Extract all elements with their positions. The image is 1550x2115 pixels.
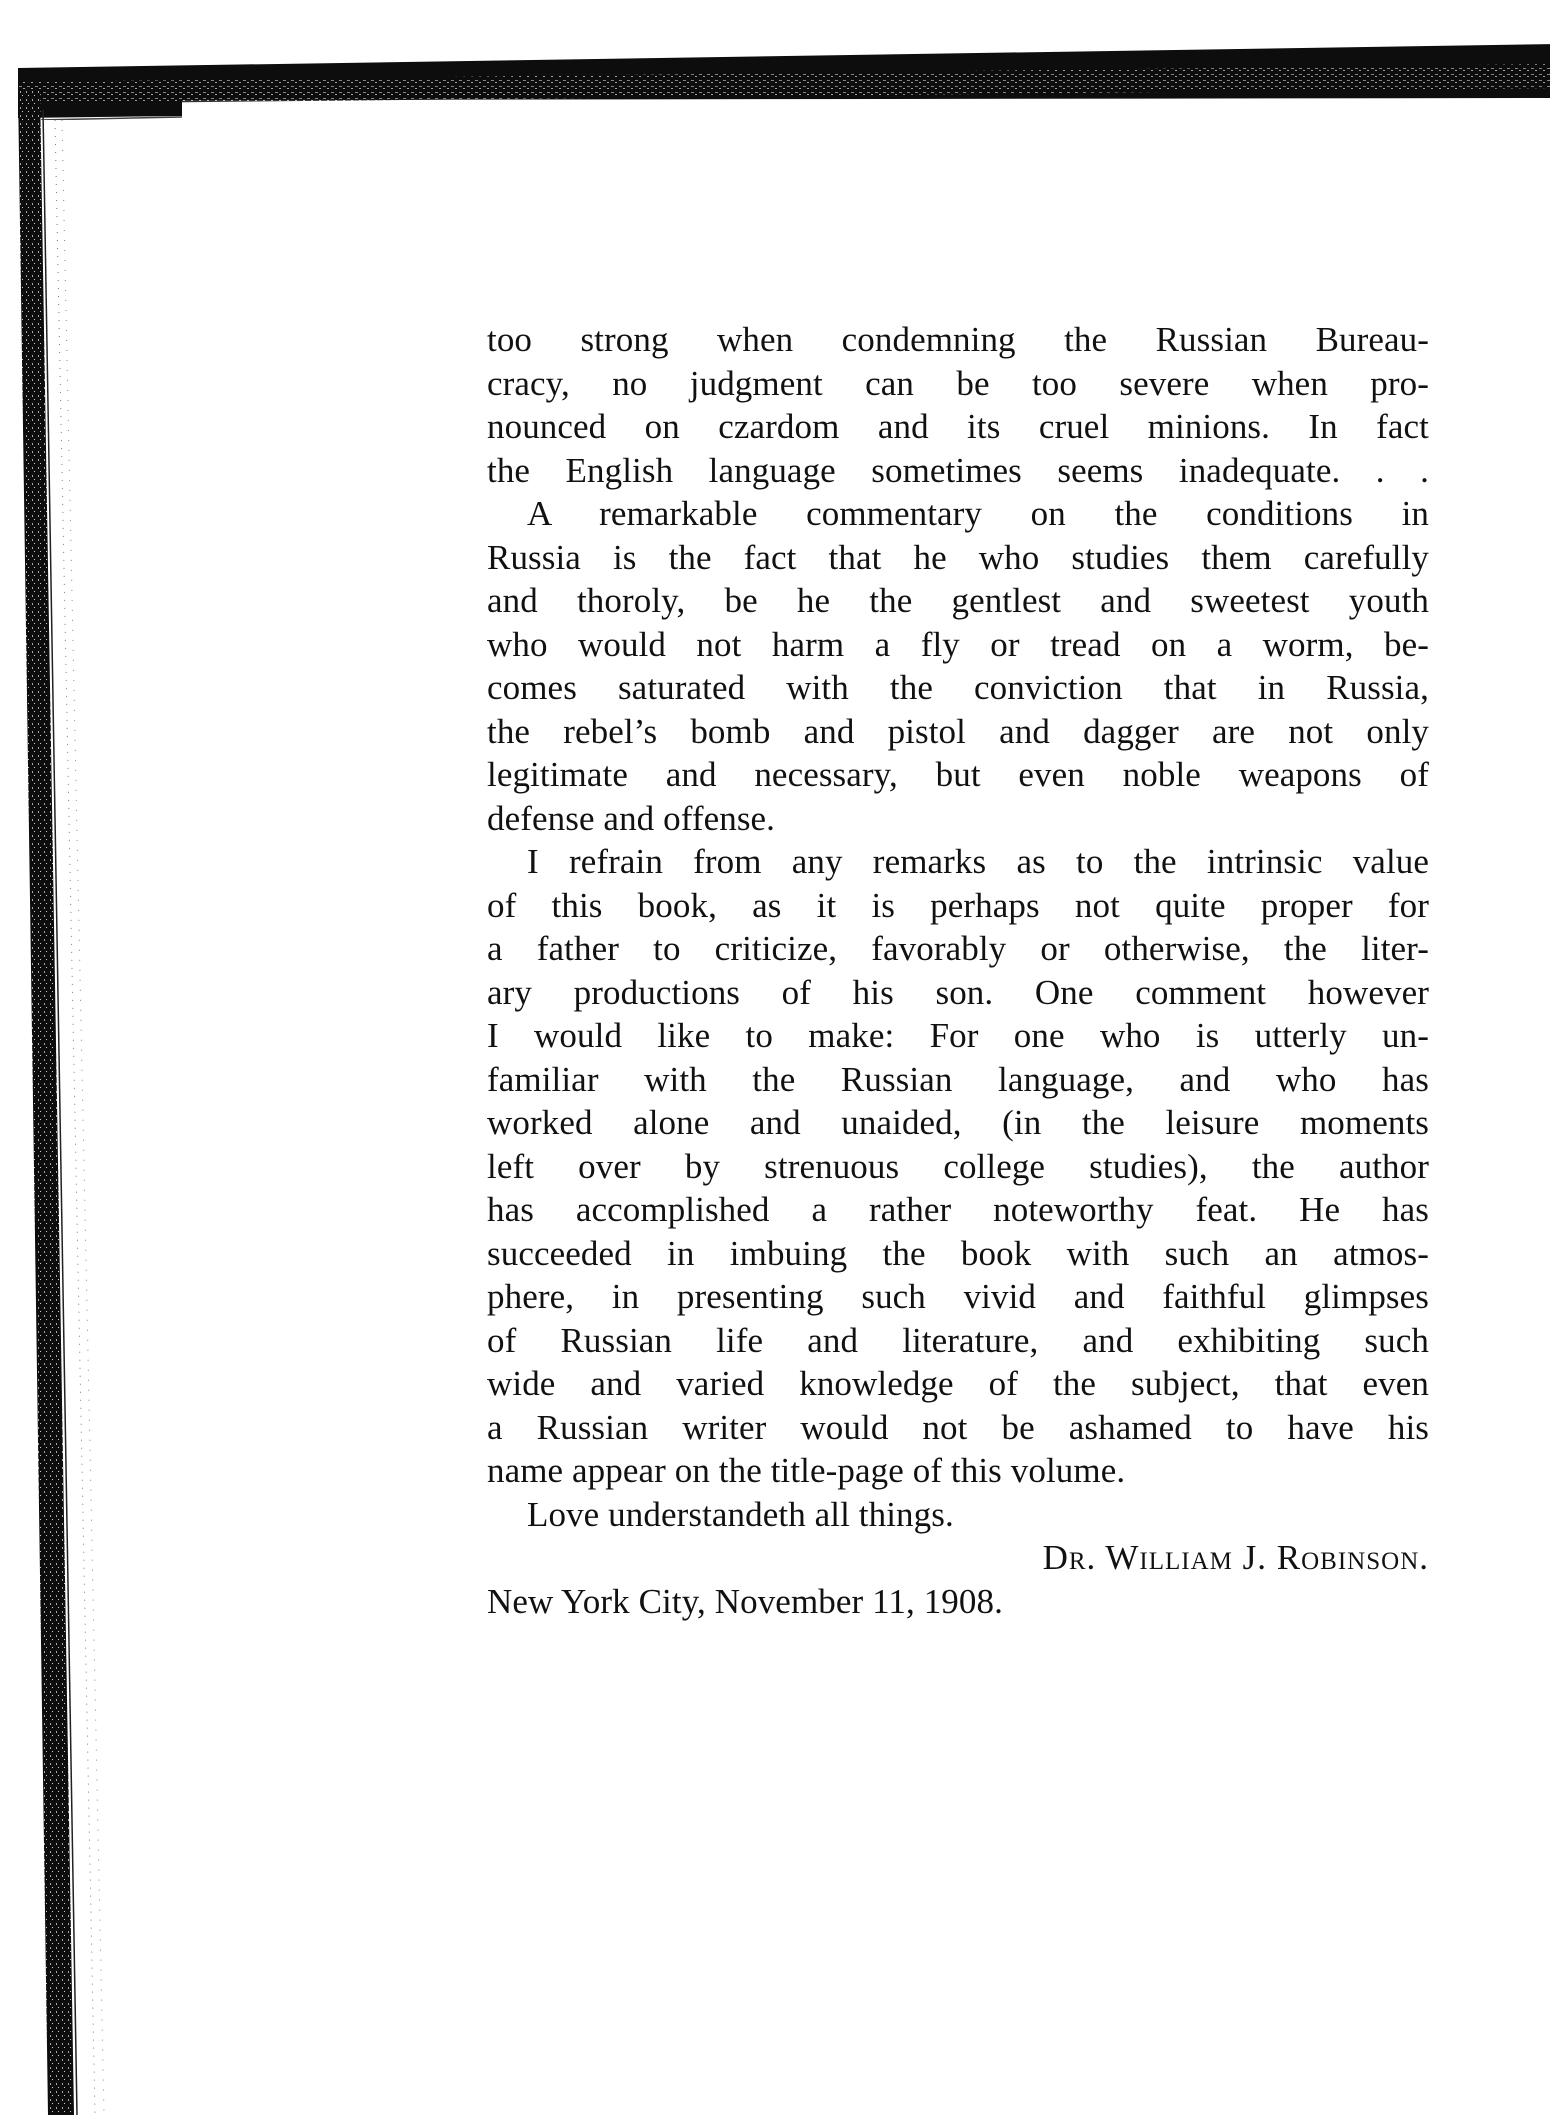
text-line: succeeded in imbuing the book with such … [487, 1232, 1429, 1276]
text-line: comes saturated with the conviction that… [487, 666, 1429, 710]
paragraph-2: A remarkable commentary on the condition… [487, 492, 1429, 840]
text-line: a Russian writer would not be ashamed to… [487, 1406, 1429, 1450]
text-line: the rebel’s bomb and pistol and dagger a… [487, 710, 1429, 754]
text-line: of this book, as it is perhaps not quite… [487, 884, 1429, 928]
text-line: too strong when condemning the Russian B… [487, 318, 1429, 362]
signature: Dr. William J. Robinson. [487, 1536, 1429, 1580]
text-line: and thoroly, be he the gentlest and swee… [487, 579, 1429, 623]
text-line: I would like to make: For one who is utt… [487, 1014, 1429, 1058]
page-body: too strong when condemning the Russian B… [487, 318, 1429, 1623]
text-line: left over by strenuous college studies),… [487, 1145, 1429, 1189]
text-line: phere, in presenting such vivid and fait… [487, 1275, 1429, 1319]
text-line: who would not harm a fly or tread on a w… [487, 623, 1429, 667]
text-line: wide and varied knowledge of the subject… [487, 1362, 1429, 1406]
text-line: name appear on the title-page of this vo… [487, 1449, 1429, 1493]
scanned-top-binding-edge [18, 0, 1550, 120]
dateline: New York City, November 11, 1908. [487, 1580, 1429, 1624]
text-line: of Russian life and literature, and exhi… [487, 1319, 1429, 1363]
paragraph-3: I refrain from any remarks as to the int… [487, 840, 1429, 1493]
text-line: A remarkable commentary on the condition… [487, 492, 1429, 536]
text-line: Russia is the fact that he who studies t… [487, 536, 1429, 580]
scanned-left-binding-edge [0, 90, 120, 2115]
text-line: cracy, no judgment can be too severe whe… [487, 362, 1429, 406]
text-line: defense and offense. [487, 797, 1429, 841]
text-line: ary productions of his son. One comment … [487, 971, 1429, 1015]
text-line: familiar with the Russian language, and … [487, 1058, 1429, 1102]
text-line: the English language sometimes seems ina… [487, 449, 1429, 493]
paragraph-1-continued: too strong when condemning the Russian B… [487, 318, 1429, 492]
text-line: worked alone and unaided, (in the leisur… [487, 1101, 1429, 1145]
text-line: nounced on czardom and its cruel minions… [487, 405, 1429, 449]
text-line: Love understandeth all things. [487, 1493, 1429, 1537]
text-line: legitimate and necessary, but even noble… [487, 753, 1429, 797]
text-line: has accomplished a rather noteworthy fea… [487, 1188, 1429, 1232]
text-line: a father to criticize, favorably or othe… [487, 927, 1429, 971]
paragraph-4: Love understandeth all things. [487, 1493, 1429, 1537]
text-line: I refrain from any remarks as to the int… [487, 840, 1429, 884]
